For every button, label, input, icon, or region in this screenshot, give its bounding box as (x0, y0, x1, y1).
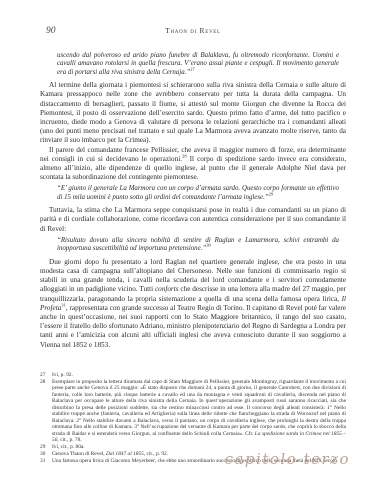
footnote-27-number: 27 (40, 372, 49, 379)
footnote-27: 27 Ivi, p. 92. (40, 372, 346, 379)
footnote-30-text-a: Genova Thaon di Revel, (52, 451, 106, 457)
paragraph-4: Due giorni dopo fu presentato a lord Rag… (40, 258, 346, 350)
footnote-29-number: 29 (40, 444, 49, 451)
quote-1-text: uscendo dal polveroso ed arido piano fun… (57, 52, 339, 76)
quote-2-text: “E’ giunto il generale La Marmora con un… (57, 185, 339, 200)
footnote-27-text: Ivi, p. 92. (52, 372, 346, 379)
block-quote-1: uscendo dal polveroso ed arido piano fun… (57, 52, 339, 77)
footnote-28-text-a: Esemplare in proposito la lettera dirama… (52, 379, 346, 437)
footnote-28: 28 Esemplare in proposito la lettera dir… (40, 379, 346, 444)
paragraph-3: Tuttavia, la stima che La Marmora seppe … (40, 206, 346, 234)
footnote-31-number: 31 (40, 458, 49, 465)
footnote-28-text: Esemplare in proposito la lettera dirama… (52, 379, 346, 444)
running-header: Thaon di Revel (40, 26, 346, 35)
paragraph-4-italic-conforts: conforts (155, 285, 179, 293)
footnote-28-text-b: , cit., p. 78. (57, 437, 81, 443)
note-ref-27: 27 (190, 67, 195, 72)
footnote-30-title: Dal 1847 al 1855 (106, 451, 144, 457)
page-number: 90 (46, 26, 56, 36)
note-ref-29: 29 (269, 192, 274, 197)
footnote-30-text-b: , cit., p. 92. (144, 451, 168, 457)
note-ref-30: 30 (206, 243, 211, 248)
paragraph-2: Il parere del comandante francese Pellis… (40, 146, 346, 183)
paragraph-1-text: Al termine della giornata i piemontesi s… (40, 81, 346, 144)
book-page: 90 Thaon di Revel uscendo dal polveroso … (0, 0, 383, 480)
page-header: 90 Thaon di Revel (40, 26, 346, 38)
footnote-30-number: 30 (40, 451, 49, 458)
quote-3-text: “Risultato dovuto alla sincera nobiltà d… (57, 237, 339, 252)
block-quote-2: “E’ giunto il generale La Marmora con un… (57, 185, 339, 202)
body-text: uscendo dal polveroso ed arido piano fun… (40, 52, 346, 350)
block-quote-3: “Risultato dovuto alla sincera nobiltà d… (57, 237, 339, 254)
footnote-28-number: 28 (40, 379, 49, 444)
paragraph-1: Al termine della giornata i piemontesi s… (40, 81, 346, 145)
chapter-label: capitolo terzo (225, 450, 350, 468)
paragraph-3-text: Tuttavia, la stima che La Marmora seppe … (40, 206, 346, 232)
paragraph-4-text-c: , rappresentata con grande successo al T… (40, 304, 346, 349)
